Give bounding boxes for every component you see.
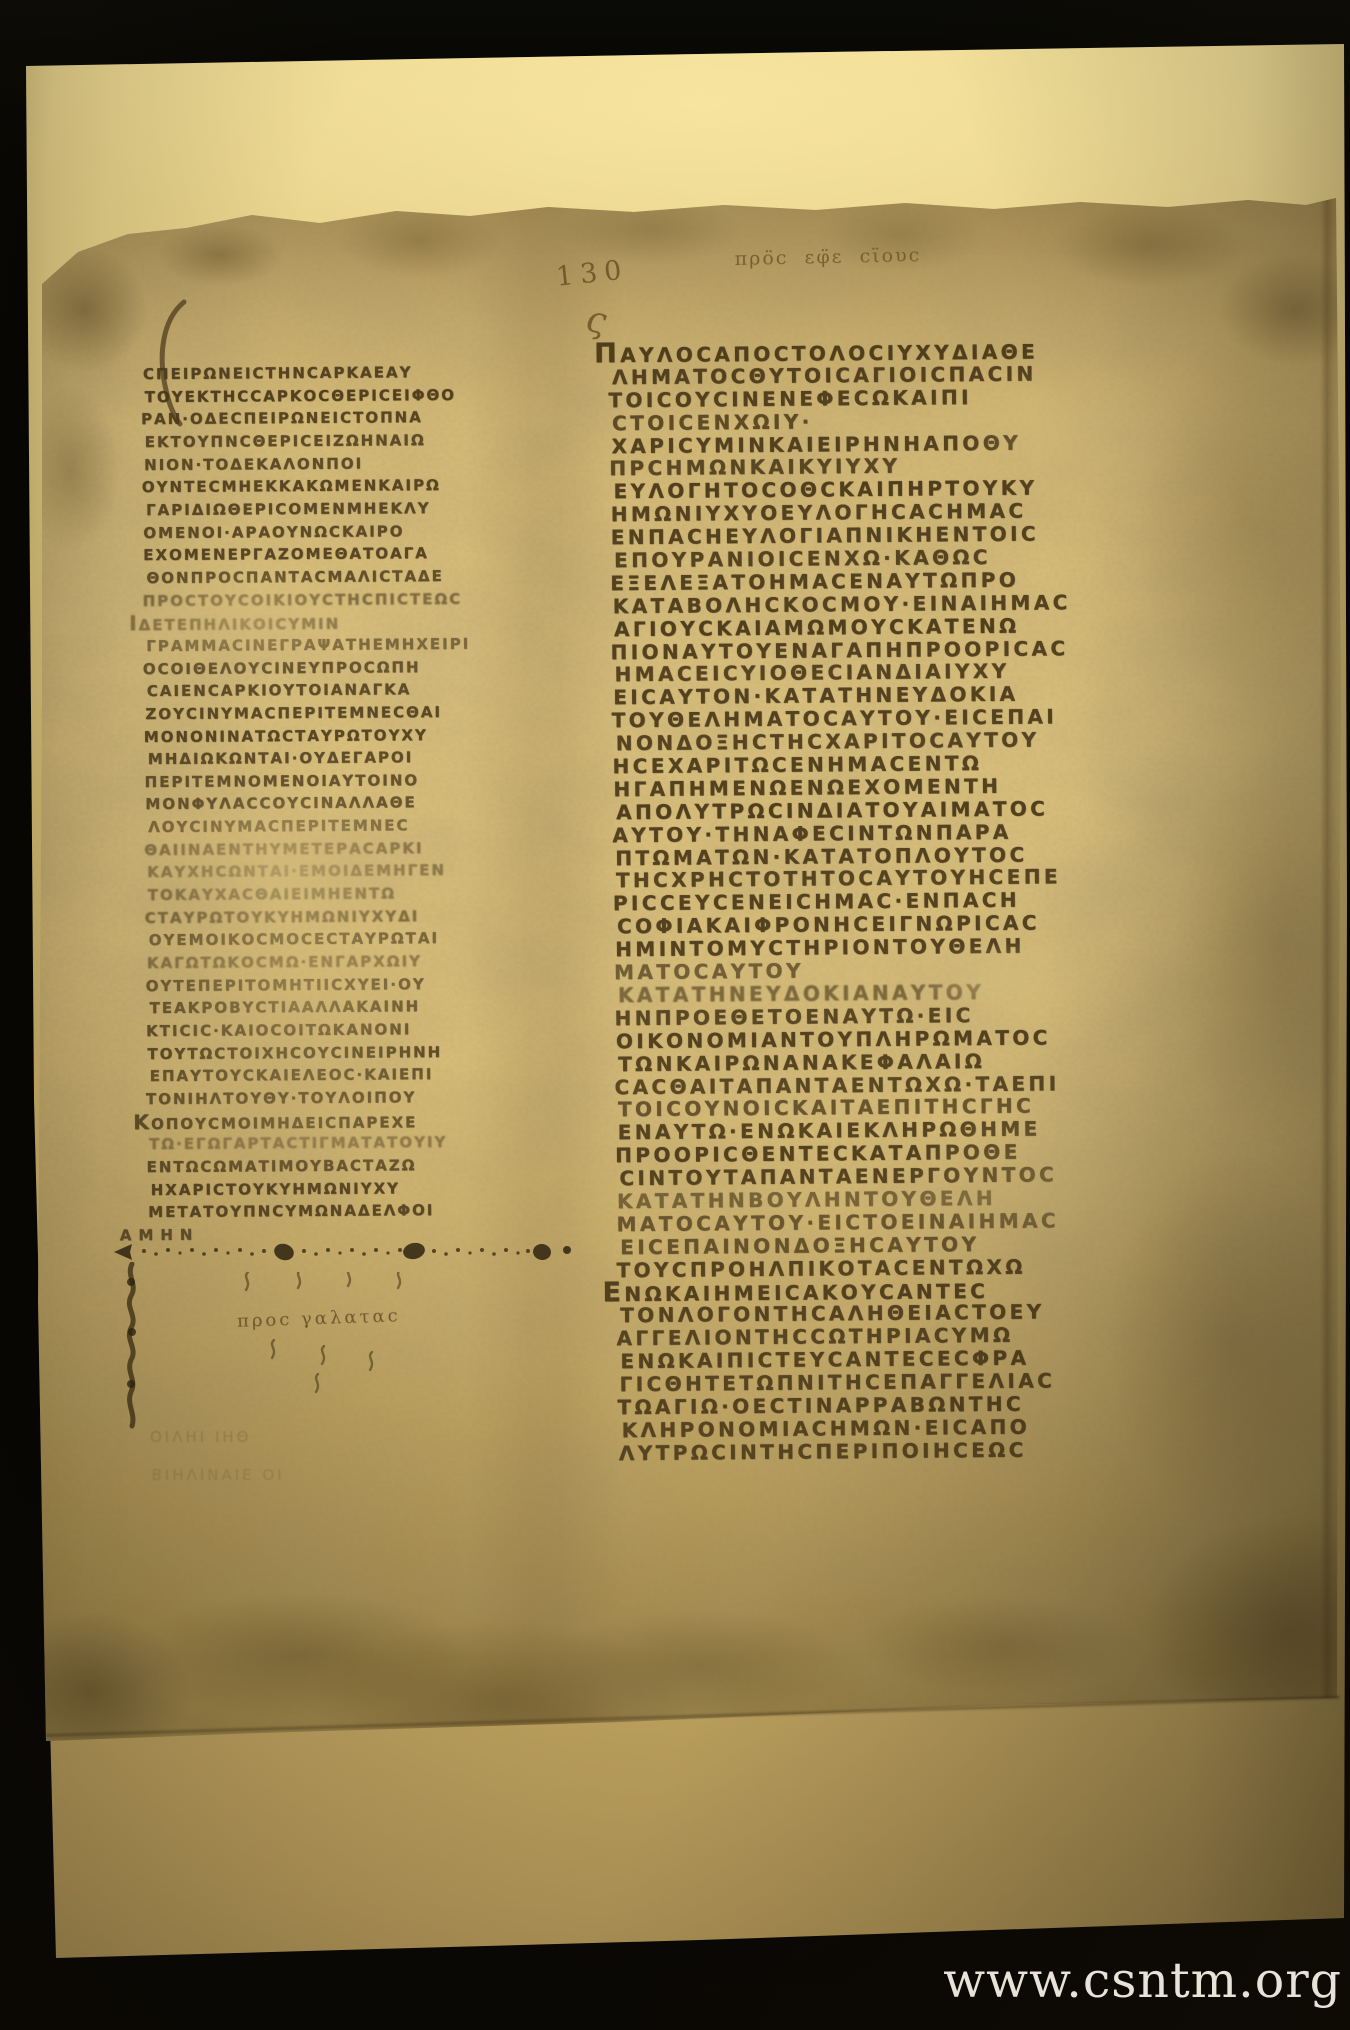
manuscript-text-line: CΤΑΥΡΩΤΟΥΚΥΗΜΩΝΙΥΧΥΔΙ (145, 905, 475, 930)
manuscript-text-line: ΚΑΥΧΗCΩΝΤΑΙ·ΕΜΟΙΔΕΜΗΓΕΝ (147, 859, 477, 884)
manuscript-text-line: ΚΤΙCΙC·ΚΑΙΟCΟΙΤΩΚΑΝΟΝΙ (146, 1018, 476, 1043)
manuscript-text-line: ΤΟΚΑΥΧΑCΘΑΙΕΙΜΗΕΝΤΩ (148, 882, 478, 907)
manuscript-text-line: ΤΟΝΙΗΛΤΟΥΘΥ·ΤΟΥΛΟΙΠΟΥ (146, 1086, 476, 1111)
manuscript-text-line: ΛΟΥCΙΝΥΜΑCΠΕΡΙΤΕΜΝΕC (148, 814, 478, 839)
manuscript-text-line: ΟCΟΙΘΕΛΟΥCΙΝΕΥΠΡΟCΩΠΗ (143, 655, 473, 680)
manuscript-text-line: ΚΑΓΩΤΩΚΟCΜΩ·ΕΝΓΑΡΧΩΙΥ (147, 950, 477, 975)
offset-ink-traces: ΟΙΛΗΙ ΙΗΘΒΙΗΛΙΝΑΙΕ ΟΙ (150, 1418, 283, 1494)
manuscript-text-line: CΠΕΙΡΩΝΕΙCΤΗΝCΑΡΚΑΕΑΥ (143, 361, 473, 386)
manuscript-photograph: 130 ς προ̈c εφ̈ε cϊουc CΠΕΙΡΩΝΕΙCΤΗΝCΑΡΚ… (0, 0, 1350, 2030)
coronis-ornament (112, 1240, 577, 1266)
manuscript-text-line: ΚΟΠΟΥCΜΟΙΜΗΔΕΙCΠΑΡΕΧΕ (149, 1108, 479, 1133)
right-text-column: ΠΑΥΛΟCΑΠΟCΤΟΛΟCΙΥΧΥΔΙΑΘΕΛΗΜΑΤΟCΘΥΤΟΙCΑΓΙ… (610, 339, 1135, 1465)
manuscript-text-line: ΜΟΝΟΝΙΝΑΤΩCΤΑΥΡΩΤΟΥΧΥ (144, 723, 474, 748)
manuscript-text-line: ΕΚΤΟΥΠΝCΘΕΡΙCΕΙΖΩΗΝΑΙΩ (145, 429, 475, 454)
manuscript-text-line: ΜΗΔΙΩΚΩΝΤΑΙ·ΟΥΔΕΓΑΡΟΙ (148, 746, 478, 771)
manuscript-text-line: ΗΧΑΡΙCΤΟΥΚΥΗΜΩΝΙΥΧΥ (151, 1176, 481, 1201)
manuscript-text-line: ΓΡΑΜΜΑCΙΝΕΓΡΑΨΑΤΗΕΜΗΧΕΙΡΙ (146, 633, 476, 658)
manuscript-text-line: ΤΕΑΚΡΟΒΥCΤΙΑΑΛΛΑΚΑΙΝΗ (150, 995, 480, 1020)
manuscript-text-line: ΘΟΝΠΡΟCΠΑΝΤΑCΜΑΛΙCΤΑΔΕ (146, 565, 476, 590)
watermark-text: www.csntm.org (943, 1952, 1342, 2009)
manuscript-text-line: ΤΟΥΤΩCΤΟΙΧΗCΟΥCΙΝΕΙΡΗΝΗ (147, 1041, 477, 1066)
manuscript-text-line: ΟΙΛΗΙ ΙΗΘ (150, 1418, 283, 1456)
margin-ornament (118, 1262, 148, 1430)
manuscript-text-line: ΕΝΤΩCΩΜΑΤΙΜΟΥΒΑCΤΑΖΩ (146, 1154, 476, 1179)
manuscript-text-line: ΤΩ·ΕΓΩΓΑΡΤΑCΤΙΓΜΑΤΑΤΟΥΙΥ (149, 1131, 479, 1156)
left-text-column: CΠΕΙΡΩΝΕΙCΤΗΝCΑΡΚΑΕΑΥΤΟΥΕΚΤΗCCΑΡΚΟCΘΕΡΙC… (143, 361, 479, 1247)
manuscript-text-line: ΕΧΟΜΕΝΕΡΓΑΖΟΜΕΘΑΤΟΑΓΑ (143, 542, 473, 567)
manuscript-text-line: ΟΜΕΝΟΙ·ΑΡΑΟΥΝΩCΚΑΙΡΟ (143, 519, 473, 544)
manuscript-text-line: CΑΙΕΝCΑΡΚΙΟΥΤΟΙΑΝΑΓΚΑ (147, 678, 477, 703)
manuscript-text-line: ΟΥΤΕΠΕΡΙΤΟΜΗΤΙΙCΧΥΕΙ·ΟΥ (146, 973, 476, 998)
manuscript-text-line: ΤΟΥΕΚΤΗCCΑΡΚΟCΘΕΡΙCΕΙΦΘΟ (145, 384, 475, 409)
manuscript-text-line: ΛΥΤΡΩCΙΝΤΗCΠΕΡΙΠΟΙΗCΕΩC (619, 1437, 1134, 1464)
manuscript-text-line: ΕΠΑΥΤΟΥCΚΑΙΕΛΕΟC·ΚΑΙΕΠΙ (150, 1063, 480, 1088)
manuscript-text-line: ΘΑΙΙΝΑΕΝΤΗΥΜΕΤΕΡΑCΑΡΚΙ (144, 837, 474, 862)
manuscript-text-line: ΓΑΡΙΔΙΩΘΕΡΙCΟΜΕΝΜΗΕΚΛΥ (146, 497, 476, 522)
manuscript-text-line: ΡΑΝ·ΟΔΕCΠΕΙΡΩΝΕΙCΤΟΠΝΑ (141, 406, 471, 431)
manuscript-text-line: ΠΕΡΙΤΕΜΝΟΜΕΝΟΙΑΥΤΟΙΝΟ (145, 769, 475, 794)
manuscript-text-line: ΝΙΟΝ·ΤΟΔΕΚΑΛΟΝΠΟΙ (144, 451, 474, 476)
manuscript-text-line: ΖΟΥCΙΝΥΜΑCΠΕΡΙΤΕΜΝΕCΘΑΙ (145, 701, 475, 726)
manuscript-text-line: ΟΥΕΜΟΙΚΟCΜΟCΕCΤΑΥΡΩΤΑΙ (149, 927, 479, 952)
manuscript-text-line: ΙΔΕΤΕΠΗΛΙΚΟΙCΥΜΙΝ (145, 610, 475, 635)
manuscript-text-line: ΟΥΝΤΕCΜΗΕΚΚΑΚΩΜΕΝΚΑΙΡΩ (142, 474, 472, 499)
manuscript-text-line: ΠΡΟCΤΟΥCΟΙΚΙΟΥCΤΗCΠΙCΤΕΩC (143, 587, 473, 612)
manuscript-text-line: ΒΙΗΛΙΝΑΙΕ ΟΙ (152, 1456, 285, 1494)
manuscript-text-line: ΜΟΝΦΥΛΑCCΟΥCΙΝΑΛΛΑΘΕ (145, 791, 475, 816)
subscription-flourishes (220, 1272, 450, 1397)
manuscript-text-line: ΜΕΤΑΤΟΥΠΝCΥΜΩΝΑΔΕΛΦΟΙ (148, 1199, 478, 1224)
